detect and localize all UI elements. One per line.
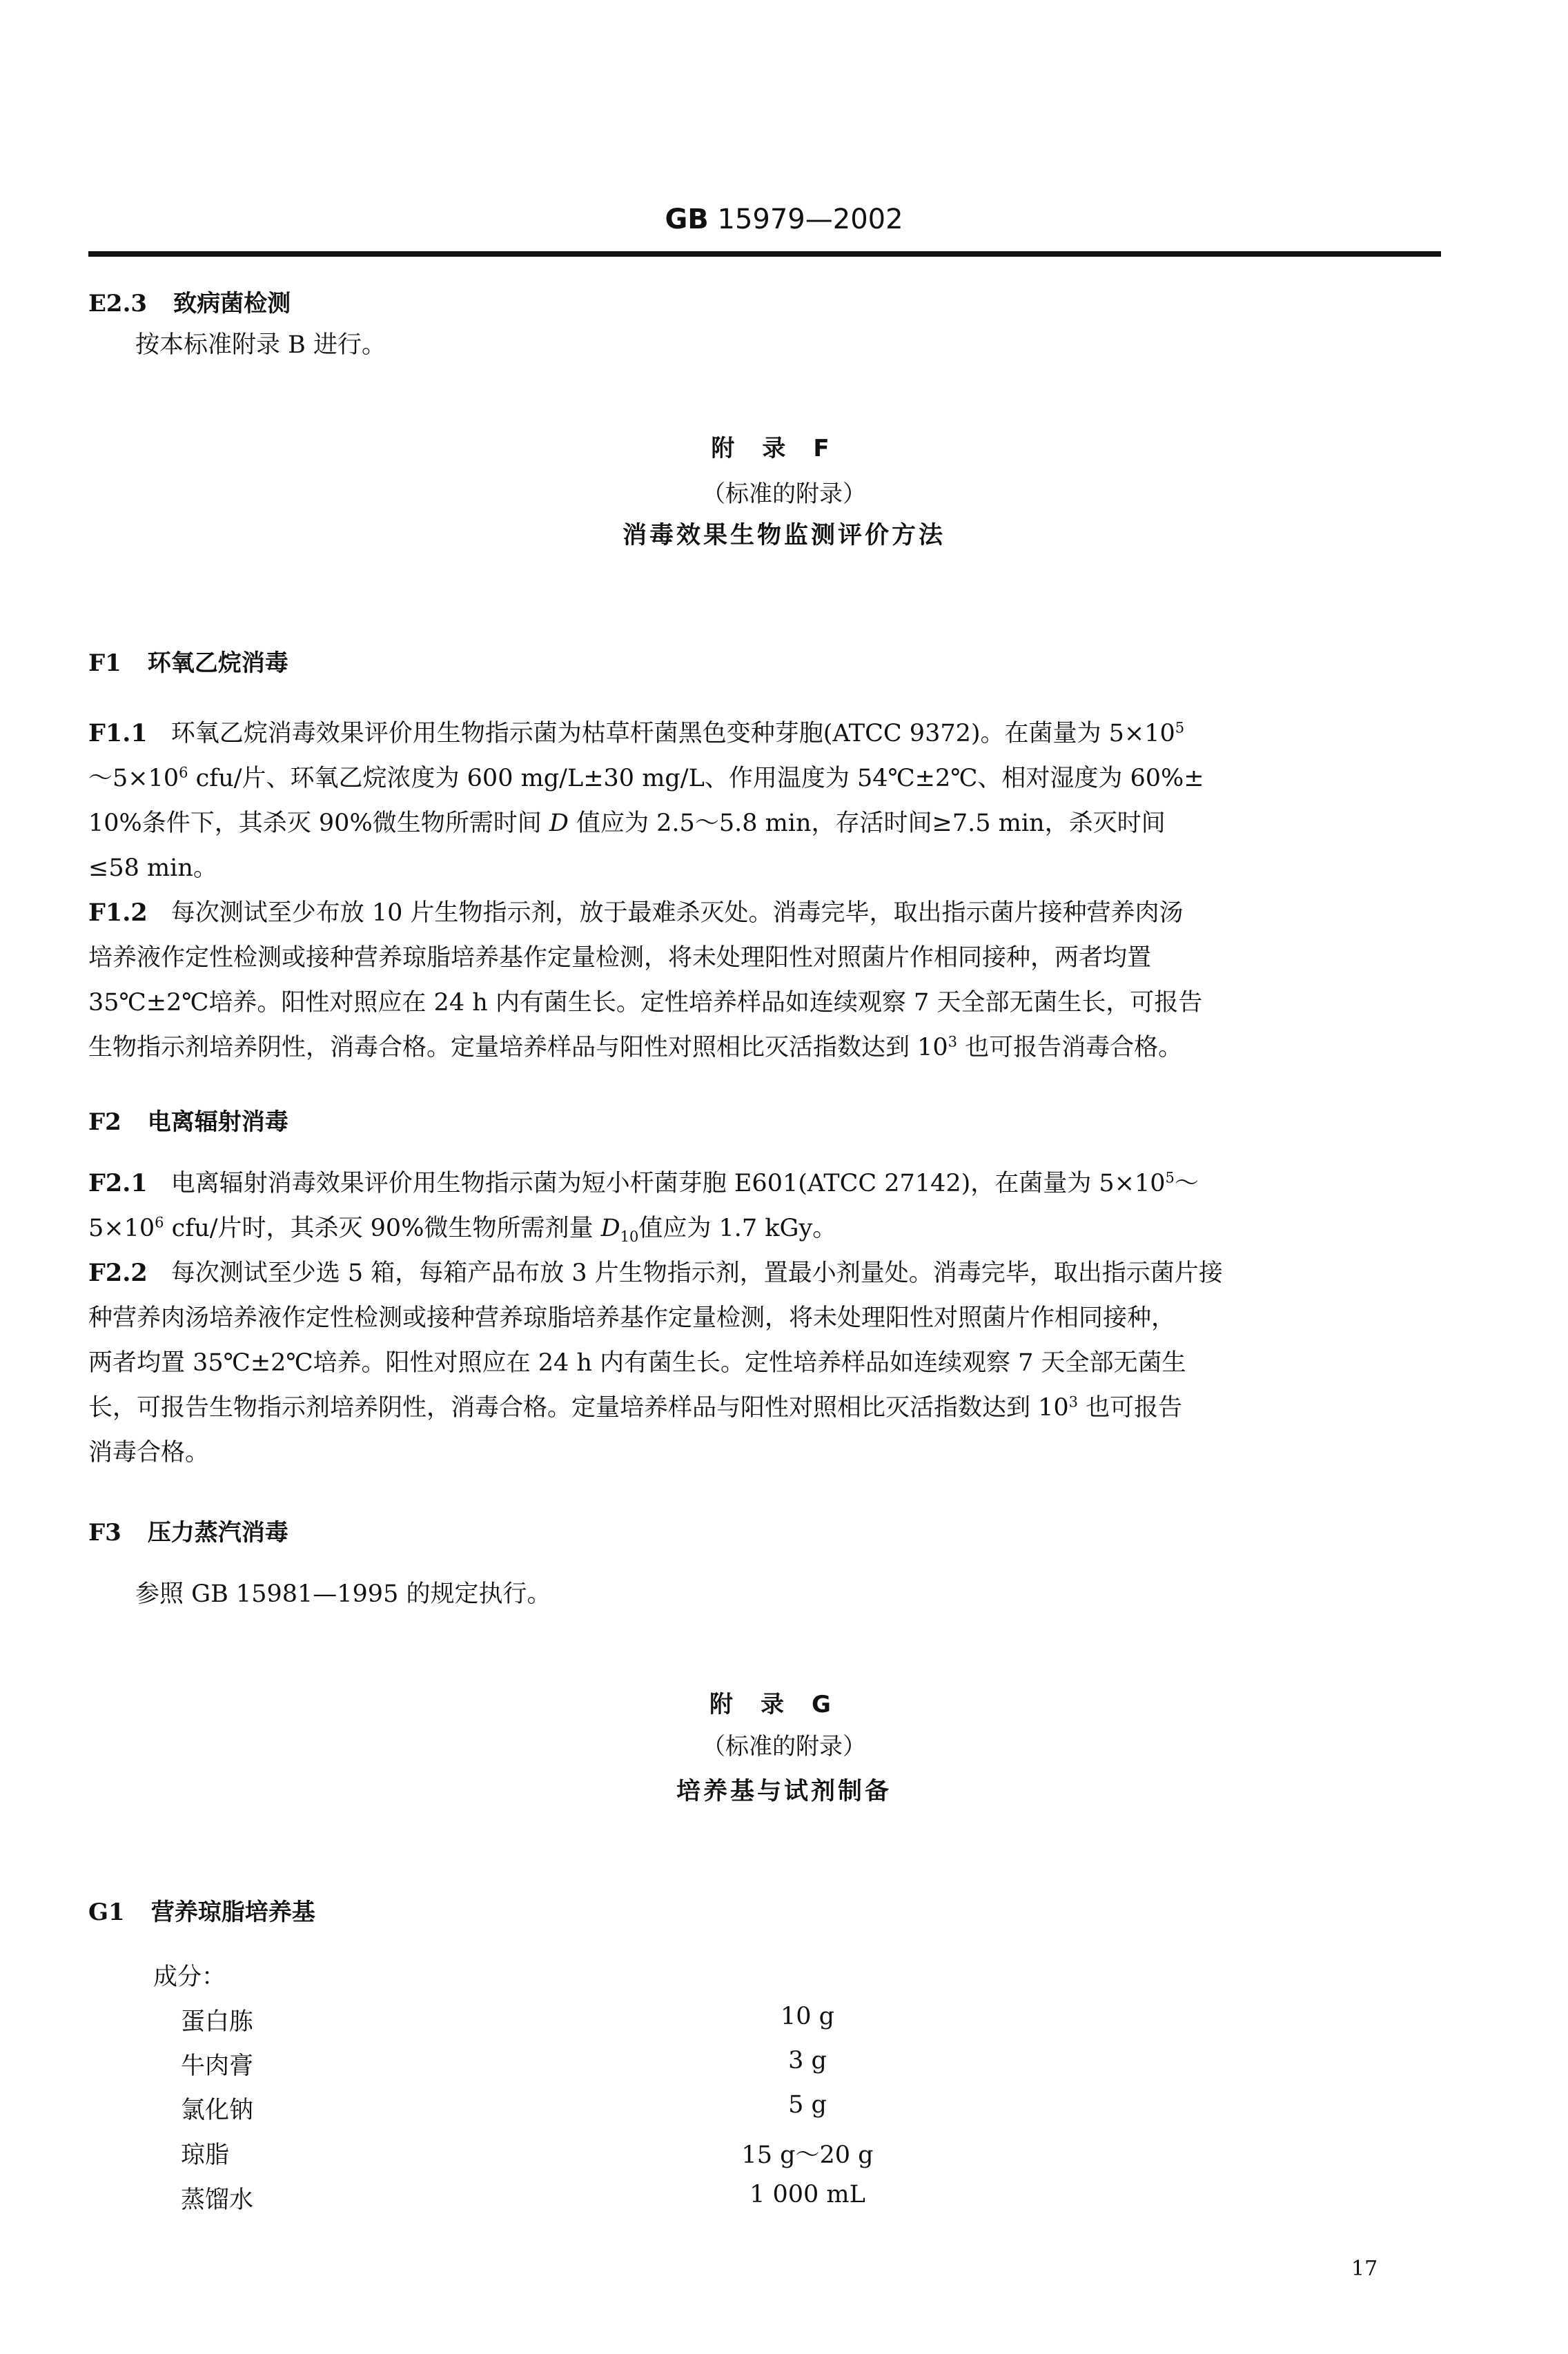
paragraph-f1-1: F1.1环氧乙烷消毒效果评价用生物指示菌为枯草杆菌黑色变种芽胞(ATCC 937… — [88, 711, 1444, 891]
ingredient-quantity: 5 g — [704, 2091, 911, 2119]
f3-text: 参照 GB 15981—1995 的规定执行。 — [135, 1572, 551, 1617]
section-number: G1 — [88, 1899, 125, 1926]
section-title: 电离辐射消毒 — [148, 1108, 288, 1136]
ingredient-quantity: 3 g — [704, 2047, 911, 2075]
appendix-g-title: 培养基与试剂制备 — [0, 1772, 1568, 1807]
ingredients-label: 成分： — [153, 1955, 226, 2000]
superscript: 5 — [1175, 719, 1184, 736]
standard-code: 15979—2002 — [718, 204, 903, 235]
appendix-f-type: （标准的附录） — [0, 475, 1568, 509]
document-header: GB 15979—2002 — [0, 204, 1568, 235]
paragraph-f2-1: F2.1电离辐射消毒效果评价用生物指示菌为短小杆菌芽胞 E601(ATCC 27… — [88, 1161, 1444, 1251]
text: cfu/片、环氧乙烷浓度为 600 mg/L±30 mg/L、作用温度为 54℃… — [188, 765, 1204, 792]
section-number: F3 — [88, 1519, 121, 1547]
standard-prefix: GB — [665, 204, 708, 235]
text: 培养液作定性检测或接种营养琼脂培养基作定量检测，将未处理阳性对照菌片作相同接种，… — [88, 944, 1151, 972]
paragraph-f2-2: F2.2每次测试至少选 5 箱，每箱产品布放 3 片生物指示剂，置最小剂量处。消… — [88, 1250, 1444, 1475]
ingredient-quantity: 1 000 mL — [704, 2181, 911, 2208]
section-heading-e2-3: E2.3致病菌检测 — [88, 284, 291, 318]
ingredient-name: 蛋白胨 — [181, 2003, 253, 2037]
section-number: E2.3 — [88, 290, 147, 317]
text: ≤58 min。 — [88, 854, 217, 882]
e2-3-text: 按本标准附录 B 进行。 — [135, 323, 386, 368]
text: 10%条件下，其杀灭 90%微生物所需时间 — [88, 810, 549, 837]
clause-number: F2.2 — [88, 1259, 148, 1287]
clause-number: F1.1 — [88, 719, 148, 747]
ingredient-quantity: 10 g — [704, 2003, 911, 2030]
clause-number: F1.2 — [88, 899, 148, 927]
superscript: 6 — [155, 1214, 164, 1230]
appendix-f-title: 消毒效果生物监测评价方法 — [0, 516, 1568, 551]
header-rule — [88, 251, 1441, 257]
text: ～5×10 — [88, 765, 179, 792]
section-title: 压力蒸汽消毒 — [148, 1519, 288, 1547]
superscript: 6 — [179, 764, 188, 781]
subscript: 10 — [620, 1228, 639, 1245]
text: 生物指示剂培养阴性，消毒合格。定量培养样品与阳性对照相比灭活指数达到 10 — [88, 1034, 948, 1061]
text: 也可报告消毒合格。 — [957, 1034, 1182, 1061]
superscript: 3 — [948, 1033, 957, 1050]
ingredient-name: 牛肉膏 — [181, 2047, 253, 2081]
section-title: 环氧乙烷消毒 — [148, 649, 288, 677]
text: 长，可报告生物指示剂培养阴性，消毒合格。定量培养样品与阳性对照相比灭活指数达到 … — [88, 1394, 1069, 1422]
ingredient-name: 氯化钠 — [181, 2091, 253, 2126]
clause-number: F2.1 — [88, 1169, 148, 1197]
appendix-g-label: 附录G — [0, 1685, 1568, 1719]
section-number: F1 — [88, 649, 121, 677]
d-value-symbol: D — [549, 810, 569, 837]
text: 消毒合格。 — [88, 1439, 209, 1467]
superscript: 3 — [1069, 1393, 1078, 1410]
section-title: 致病菌检测 — [173, 290, 291, 317]
text: cfu/片时，其杀灭 90%微生物所需剂量 — [164, 1215, 601, 1242]
text: ～ — [1175, 1170, 1199, 1197]
section-heading-f1: F1环氧乙烷消毒 — [88, 644, 288, 678]
text: 环氧乙烷消毒效果评价用生物指示菌为枯草杆菌黑色变种芽胞(ATCC 9372)。在… — [171, 720, 1175, 747]
superscript: 5 — [1166, 1169, 1175, 1186]
page-number: 17 — [1351, 2257, 1378, 2281]
ingredient-name: 蒸馏水 — [181, 2181, 253, 2215]
ingredient-quantity: 15 g～20 g — [704, 2136, 911, 2170]
section-heading-g1: G1营养琼脂培养基 — [88, 1893, 315, 1927]
appendix-f-label: 附录F — [0, 429, 1568, 463]
text: 每次测试至少布放 10 片生物指示剂，放于最难杀灭处。消毒完毕，取出指示菌片接种… — [171, 899, 1184, 927]
text: 值应为 1.7 kGy。 — [638, 1215, 836, 1242]
text: 也可报告 — [1078, 1394, 1182, 1422]
paragraph-f1-2: F1.2每次测试至少布放 10 片生物指示剂，放于最难杀灭处。消毒完毕，取出指示… — [88, 890, 1444, 1070]
appendix-g-type: （标准的附录） — [0, 1727, 1568, 1761]
section-title: 营养琼脂培养基 — [151, 1899, 315, 1926]
text: 值应为 2.5～5.8 min，存活时间≥7.5 min，杀灭时间 — [569, 810, 1166, 837]
text: 两者均置 35℃±2℃培养。阳性对照应在 24 h 内有菌生长。定性培养样品如连… — [88, 1349, 1186, 1377]
section-heading-f3: F3压力蒸汽消毒 — [88, 1513, 288, 1547]
text: 5×10 — [88, 1215, 155, 1242]
d-value-symbol: D — [601, 1215, 620, 1242]
section-number: F2 — [88, 1108, 121, 1136]
ingredient-name: 琼脂 — [181, 2136, 229, 2170]
text: 种营养肉汤培养液作定性检测或接种营养琼脂培养基作定量检测，将未处理阳性对照菌片作… — [88, 1304, 1175, 1332]
section-heading-f2: F2电离辐射消毒 — [88, 1103, 288, 1137]
text: 电离辐射消毒效果评价用生物指示菌为短小杆菌芽胞 E601(ATCC 27142)… — [171, 1170, 1166, 1197]
text: 每次测试至少选 5 箱，每箱产品布放 3 片生物指示剂，置最小剂量处。消毒完毕，… — [171, 1259, 1223, 1287]
text: 35℃±2℃培养。阳性对照应在 24 h 内有菌生长。定性培养样品如连续观察 7… — [88, 989, 1202, 1017]
